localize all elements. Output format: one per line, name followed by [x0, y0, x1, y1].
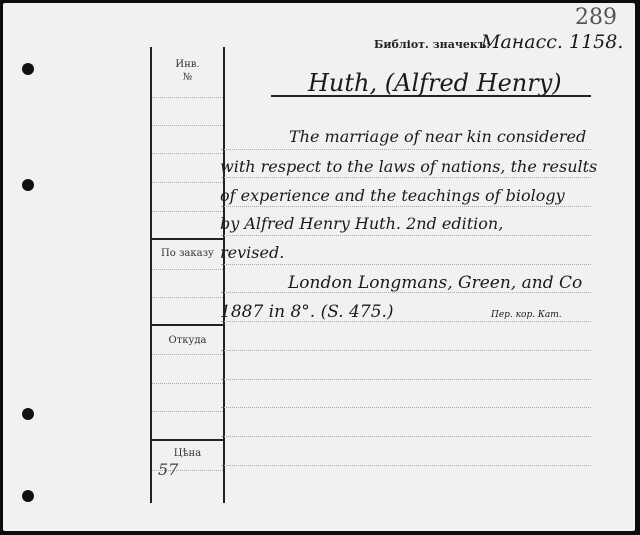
library-mark-label: Библіот. значекъ: — [374, 38, 490, 51]
left-column: Инв. № По заказу Откуда Цѣна 57 — [150, 47, 225, 503]
punch-hole — [22, 408, 34, 420]
punch-hole — [22, 63, 34, 75]
punch-hole — [22, 179, 34, 191]
inv-label: Инв. — [152, 59, 223, 70]
imprint-line: London Longmans, Green, and Co — [288, 273, 582, 293]
title-line-2: with respect to the laws of nations, the… — [220, 157, 597, 176]
title-line-3: of experience and the teachings of biolo… — [220, 186, 565, 205]
page-number: 289 — [575, 5, 617, 30]
price-value: 57 — [158, 460, 178, 479]
heading-underline — [271, 95, 591, 97]
source-label: Откуда — [152, 335, 223, 346]
inv-no-label: № — [152, 72, 223, 83]
title-line-5: revised. — [220, 243, 284, 262]
punch-hole — [22, 490, 34, 502]
title-line-1: The marriage of near kin considered — [289, 127, 586, 146]
order-label: По заказу — [152, 248, 223, 259]
cataloger-note: Пер. кор. Кат. — [491, 310, 562, 320]
price-label: Цѣна — [152, 448, 223, 459]
collation-line: 1887 in 8°. (S. 475.) — [220, 302, 394, 322]
divider — [150, 324, 225, 326]
divider — [150, 238, 225, 240]
title-line-4: by Alfred Henry Huth. 2nd edition, — [220, 214, 503, 233]
author-heading: Huth, (Alfred Henry) — [308, 69, 562, 97]
library-mark-value: Манасс. 1158. — [481, 31, 623, 53]
divider — [150, 439, 225, 441]
catalog-card: 289 Библіот. значекъ: Манасс. 1158. Инв.… — [3, 3, 635, 531]
